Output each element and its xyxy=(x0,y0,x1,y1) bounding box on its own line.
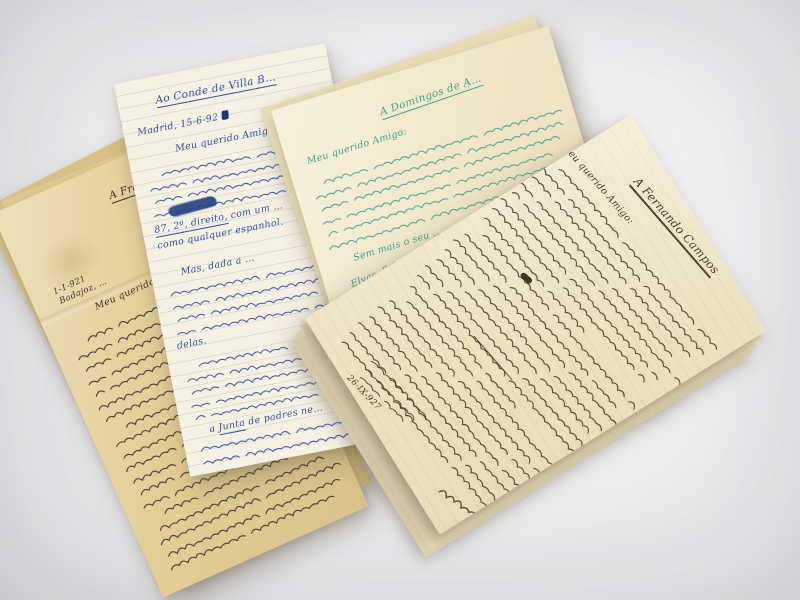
photo-of-letters: A Francisco Beli… 1-1-921 Badajoz, … Meu… xyxy=(0,0,800,600)
ink-blot xyxy=(221,110,228,120)
letter-title: Ao Conde de Villa B… xyxy=(155,71,277,106)
letter-dateline: Madrid, 15-6-92 xyxy=(136,109,229,138)
letter-title: A Domingos de A… xyxy=(378,72,483,118)
